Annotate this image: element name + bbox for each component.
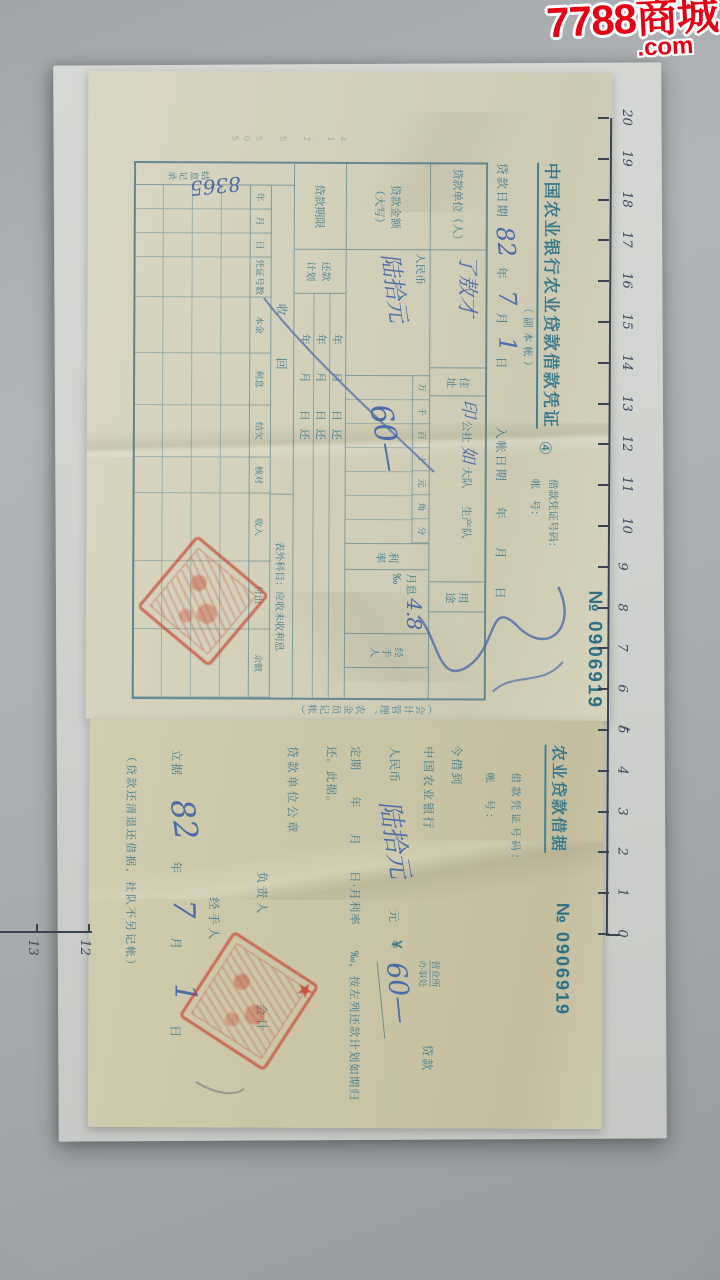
print-code: 41.2.5·505 [228, 133, 348, 144]
plan-label: 还款计划 [295, 250, 346, 294]
grid-cell [133, 297, 162, 353]
ruler-number: 5 [615, 725, 630, 733]
iou-account-label: 帐 号： [482, 773, 497, 827]
grid-cell [220, 353, 249, 405]
ruler-number: 13 [619, 395, 634, 412]
iou-voucher-no-label: 借款凭证号码： [508, 773, 523, 868]
iou-title: 农业贷款借据 [544, 745, 571, 853]
grid-cell [163, 185, 192, 209]
month-unit: 月 [493, 313, 510, 325]
ruler-number: 6 [615, 685, 630, 693]
voucher-subtitle: （副本帐） [520, 303, 535, 376]
ruler-number: 12 [619, 436, 634, 453]
grid-column-headers: 年月日凭证号数本金利息结欠核对收入付出余额 [248, 186, 271, 698]
grid-col-header: 月 [251, 210, 271, 234]
grid-group1: 收 回 [271, 186, 294, 495]
iou-paper: 农业贷款借据 № 0906919 借款凭证号码： 帐 号： 今借到 中国农业银行… [88, 719, 604, 1129]
bottom-ruler-number: 12 [77, 939, 92, 956]
handwritten-iou-amount-figures: 60— [377, 959, 419, 1039]
ruler-tick [598, 607, 609, 609]
voucher-no-label: 借款凭证号码： [545, 479, 560, 553]
grid-cell [134, 185, 163, 209]
ruler-number: 2 [615, 848, 630, 856]
plan-line: 年 月 日还 [296, 294, 314, 698]
ruler-number: 7 [615, 644, 630, 652]
ruler-tick [598, 280, 609, 282]
iou-handler-label: 经手人 [206, 897, 223, 942]
digit-headers: 万千百十元角分 [411, 376, 429, 543]
grid-cell [134, 233, 163, 257]
grid-col-header: 日 [251, 234, 271, 258]
ruler-number: 20 [619, 109, 634, 126]
handwritten-issue-year: 82 [163, 797, 206, 842]
grid-col-header: 余额 [249, 630, 269, 698]
ruler-tick [598, 566, 609, 568]
grid-cell [162, 297, 191, 353]
photo-background: 7788商城 .com 13 12 2019181716151413121110… [0, 0, 720, 1280]
ruler-tick [598, 403, 609, 405]
ruler-number: 4 [615, 766, 630, 774]
handwritten-iou-amount-words: 陆拾元 [372, 798, 420, 881]
loan-word: 贷款 [419, 1044, 436, 1072]
ruler-tick [598, 688, 609, 690]
ruler-number: 10 [619, 517, 634, 534]
ruler-number: 11 [619, 476, 634, 493]
ruler-tick [598, 811, 609, 813]
bottom-ruler-line [0, 931, 92, 933]
digit-header: 百 [413, 424, 429, 448]
bottom-ruler-number: 13 [25, 939, 40, 956]
issue-day-unit: 日 [167, 1025, 184, 1037]
ruler-number: 1 [615, 889, 630, 897]
team-label: 生产队 [459, 506, 471, 539]
ruler-number: 19 [619, 150, 634, 167]
grid-cell [192, 209, 221, 233]
term-line2: 还。此据。 [323, 746, 339, 809]
issue-label: 立据 [168, 749, 185, 777]
grid-cell [133, 353, 162, 405]
grid-cell [162, 405, 191, 457]
grid-cell [134, 209, 163, 233]
bottom-ruler-tick [88, 924, 90, 932]
ruler-tick [598, 729, 609, 731]
grid-cell [133, 457, 162, 493]
loan-date-label: 贷款日期 [494, 163, 511, 219]
entry-date-label: 入帐日期 [493, 427, 510, 483]
borrower-label: 贷款单位（人） [431, 164, 486, 250]
brigade-label: 大队 [460, 467, 472, 489]
grid-group2: 表外科目：应收未收利息 [270, 495, 293, 698]
ruler-tick [598, 117, 609, 119]
term-line: 定期 年 月 日·月利率 ‰，按左列还款计划如期归 [346, 746, 364, 1101]
ruler-tick [598, 443, 609, 445]
grid-cell [132, 493, 161, 561]
copy-number-badge: ④ [535, 441, 555, 455]
grid-cell [133, 257, 162, 297]
grid-col-header: 核对 [250, 458, 270, 494]
handwritten-loan-year: 82 [492, 226, 519, 259]
grid-cell [162, 457, 191, 493]
office-option2: 办事处 [416, 960, 430, 987]
yuan-unit: 元 [386, 910, 403, 922]
day-unit: 日 [493, 357, 510, 369]
grid-col-header: 年 [251, 186, 271, 210]
grid-cell [191, 353, 220, 405]
handwritten-brigade: 如 [458, 446, 479, 464]
commune-label: 公社 [460, 420, 472, 442]
watermark-logo: 7788商城 .com [545, 0, 719, 64]
ruler-tick [598, 770, 609, 772]
grid-cell [220, 297, 249, 353]
ruler-tick [598, 892, 609, 894]
iou-form: 农业贷款借据 № 0906919 借款凭证号码： 帐 号： 今借到 中国农业银行… [90, 721, 602, 1127]
ruler-number: 16 [619, 272, 634, 289]
ruler-tick [598, 484, 609, 486]
grid-cell [191, 297, 220, 353]
pen-scribble [398, 566, 589, 717]
amount-label: 贷款金额（大写） [347, 164, 430, 250]
handwritten-issue-month: 7 [166, 899, 201, 918]
grid-col-header: 结欠 [250, 406, 270, 458]
ruler-number: 17 [619, 232, 634, 249]
amount-words-cell: 人民币 陆拾元 [346, 250, 430, 376]
year-unit: 年 [494, 267, 511, 279]
office-option1: 营业所 [429, 960, 442, 987]
plan-line: 年 月 日还 [312, 294, 330, 698]
ruler-tick [598, 321, 609, 323]
digit-header: 十 [413, 448, 429, 472]
currency-label: 人民币 [414, 253, 426, 285]
bank-name: 中国农业银行 [420, 746, 437, 830]
grid-cell [133, 405, 162, 457]
grid-cell [163, 233, 192, 257]
digit-header: 分 [412, 519, 428, 543]
iou-currency-label: 人民币 [386, 746, 403, 782]
responsible-label: 负责人 [254, 872, 271, 917]
repayment-plan: 年 月 日还年 月 日还年 月 日还 [293, 294, 346, 698]
ruler-tick [598, 362, 609, 364]
account-no-label: 帐 号： [528, 479, 543, 521]
digit-header: 万 [413, 376, 429, 400]
grid-cell [191, 405, 220, 457]
grid-cell [220, 405, 249, 457]
term-label: 贷款期限 [295, 164, 346, 250]
grid-cell [221, 233, 250, 257]
address-cell: 印 公社 如 大队 生产队 [429, 396, 485, 582]
ruler-tick [598, 199, 609, 201]
digit-header: 千 [413, 400, 429, 424]
grid-cell [191, 457, 220, 493]
ruler-number: 8 [615, 603, 630, 611]
grid-col-header: 凭证号数 [250, 258, 270, 298]
grid-cell [220, 257, 249, 297]
grid-col-header: 收入 [249, 494, 269, 562]
grid-cell [162, 257, 191, 297]
handwritten-amount-words: 陆拾元 [375, 251, 417, 324]
iou-footnote: （贷款还清退还借据，社队不另记帐） [123, 751, 140, 972]
grid-cell [132, 629, 161, 697]
document-group: № 0906919 中国农业银行农业贷款借款凭证 （副本帐） ④ 借款凭证号码：… [0, 0, 720, 1280]
ruler-number: 3 [615, 807, 630, 815]
handwritten-loan-day: 1 [495, 337, 519, 352]
ruler-number: 0 [615, 929, 630, 937]
plan-line: 年 月 日还 [328, 294, 346, 698]
ruler-tick [598, 851, 609, 853]
grid-cell [163, 209, 192, 233]
handwritten-borrower: 了敖才 [455, 253, 479, 316]
digit-header: 元 [413, 472, 429, 496]
grid-cell [162, 353, 191, 405]
grid-col-header: 本金 [250, 298, 270, 354]
handwritten-commune: 印 [458, 399, 479, 417]
ruler-tick [598, 158, 609, 160]
handwritten-grid-note: 8365 [189, 172, 242, 201]
ruler-tick [598, 933, 609, 935]
borrow-intro: 今借到 [448, 744, 465, 786]
ruler-tick [598, 239, 609, 241]
ruler-number: 15 [619, 313, 634, 330]
issue-year-unit: 年 [168, 861, 185, 873]
ruler-number: 14 [619, 354, 634, 371]
address-label: 住址 [430, 368, 485, 396]
handwritten-loan-month: 7 [495, 290, 520, 307]
bottom-ruler-tick [36, 924, 38, 932]
amount-figures-cell: 万千百十元角分 60— [345, 376, 429, 544]
voucher-title: 中国农业银行农业贷款借款凭证 [536, 163, 566, 429]
yen-sign: ¥ [388, 940, 405, 948]
ruler-number: 9 [615, 562, 630, 570]
grid-cell [192, 233, 221, 257]
ruler-tick [598, 525, 609, 527]
grid-cell [221, 209, 250, 233]
ruler-tick [598, 647, 609, 649]
grid-cell [219, 493, 248, 561]
iou-serial-number: № 0906919 [551, 903, 572, 1016]
grid-cell [220, 457, 249, 493]
seal-label: 贷款单位公章 [284, 746, 301, 836]
issue-month-unit: 月 [168, 937, 185, 949]
digit-header: 角 [413, 496, 429, 520]
grid-cell [191, 257, 220, 297]
ruler-number: 18 [619, 191, 634, 208]
grid-col-header: 利息 [250, 354, 270, 406]
